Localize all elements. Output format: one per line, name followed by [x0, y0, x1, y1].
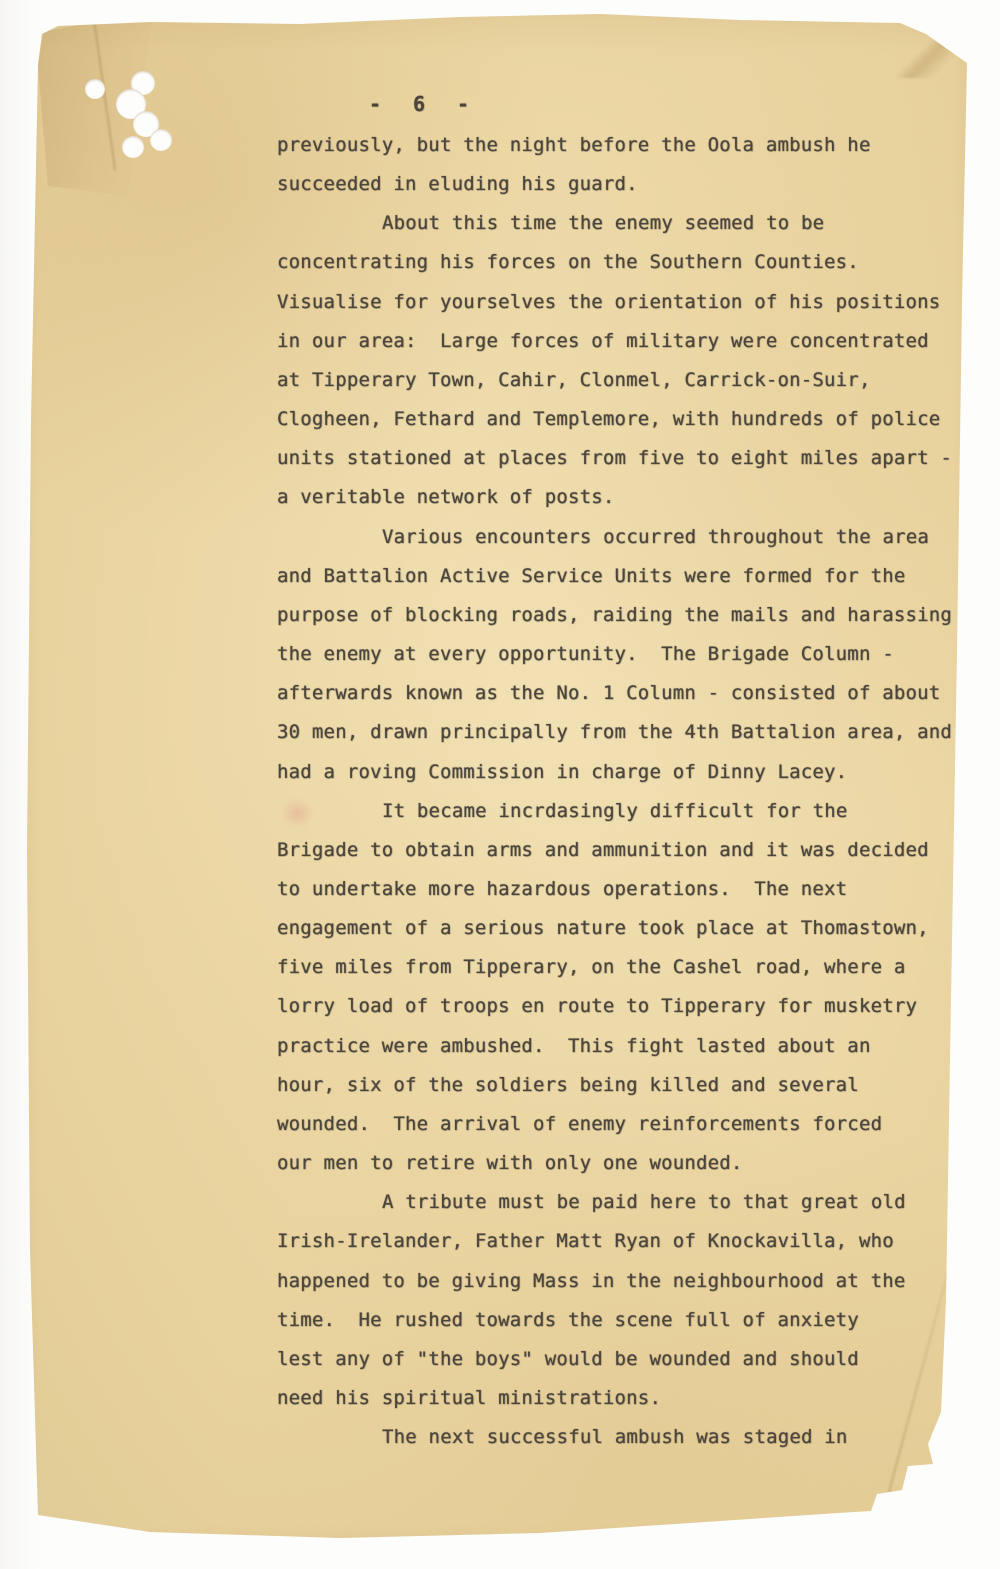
document-body: previously, but the night before the Ool…: [277, 126, 972, 1457]
text-line: had a roving Commission in charge of Din…: [277, 753, 972, 792]
text-line: practice were ambushed. This fight laste…: [277, 1027, 972, 1066]
punch-hole-small: [85, 79, 105, 99]
text-line: Irish-Irelander, Father Matt Ryan of Kno…: [277, 1222, 972, 1261]
text-line: It became incrdasingly difficult for the: [277, 792, 972, 831]
top-right-corner-fold: [896, 18, 976, 78]
text-line: Visualise for yourselves the orientation…: [277, 283, 972, 322]
paragraph: The next successful ambush was staged in: [277, 1418, 972, 1457]
text-line: our men to retire with only one wounded.: [277, 1144, 972, 1183]
text-line: at Tipperary Town, Cahir, Clonmel, Carri…: [277, 361, 972, 400]
text-line: to undertake more hazardous operations. …: [277, 870, 972, 909]
paragraph: About this time the enemy seemed to beco…: [277, 204, 972, 517]
text-line: lest any of "the boys" would be wounded …: [277, 1340, 972, 1379]
text-line: and Battalion Active Service Units were …: [277, 557, 972, 596]
text-line: succeeded in eluding his guard.: [277, 165, 972, 204]
scan-background: - 6 - previously, but the night before t…: [0, 0, 1000, 1569]
text-line: lorry load of troops en route to Tippera…: [277, 987, 972, 1026]
punch-hole-blob: [122, 136, 144, 158]
text-line: 30 men, drawn principally from the 4th B…: [277, 713, 972, 752]
text-line: a veritable network of posts.: [277, 478, 972, 517]
document-page: - 6 - previously, but the night before t…: [0, 0, 1000, 1569]
text-line: A tribute must be paid here to that grea…: [277, 1183, 972, 1222]
text-line: About this time the enemy seemed to be: [277, 204, 972, 243]
paragraph: It became incrdasingly difficult for the…: [277, 792, 972, 1184]
page-number: 6: [413, 92, 425, 116]
text-line: hour, six of the soldiers being killed a…: [277, 1066, 972, 1105]
text-line: purpose of blocking roads, raiding the m…: [277, 596, 972, 635]
paragraph: previously, but the night before the Ool…: [277, 126, 972, 204]
page-number-header: - 6 -: [369, 92, 469, 116]
paragraph: A tribute must be paid here to that grea…: [277, 1183, 972, 1418]
page-number-dash-right: -: [457, 92, 469, 116]
text-line: Brigade to obtain arms and ammunition an…: [277, 831, 972, 870]
text-line: afterwards known as the No. 1 Column - c…: [277, 674, 972, 713]
text-line: units stationed at places from five to e…: [277, 439, 972, 478]
text-line: the enemy at every opportunity. The Brig…: [277, 635, 972, 674]
text-line: happened to be giving Mass in the neighb…: [277, 1262, 972, 1301]
paragraph: Various encounters occurred throughout t…: [277, 518, 972, 792]
page-number-dash-left: -: [369, 92, 381, 116]
text-line: Clogheen, Fethard and Templemore, with h…: [277, 400, 972, 439]
text-line: previously, but the night before the Ool…: [277, 126, 972, 165]
text-line: need his spiritual ministrations.: [277, 1379, 972, 1418]
text-line: five miles from Tipperary, on the Cashel…: [277, 948, 972, 987]
punch-hole-blob: [150, 129, 172, 151]
text-line: concentrating his forces on the Southern…: [277, 243, 972, 282]
text-line: in our area: Large forces of military we…: [277, 322, 972, 361]
text-line: wounded. The arrival of enemy reinforcem…: [277, 1105, 972, 1144]
text-line: engagement of a serious nature took plac…: [277, 909, 972, 948]
text-line: time. He rushed towards the scene full o…: [277, 1301, 972, 1340]
text-line: Various encounters occurred throughout t…: [277, 518, 972, 557]
text-line: The next successful ambush was staged in: [277, 1418, 972, 1457]
